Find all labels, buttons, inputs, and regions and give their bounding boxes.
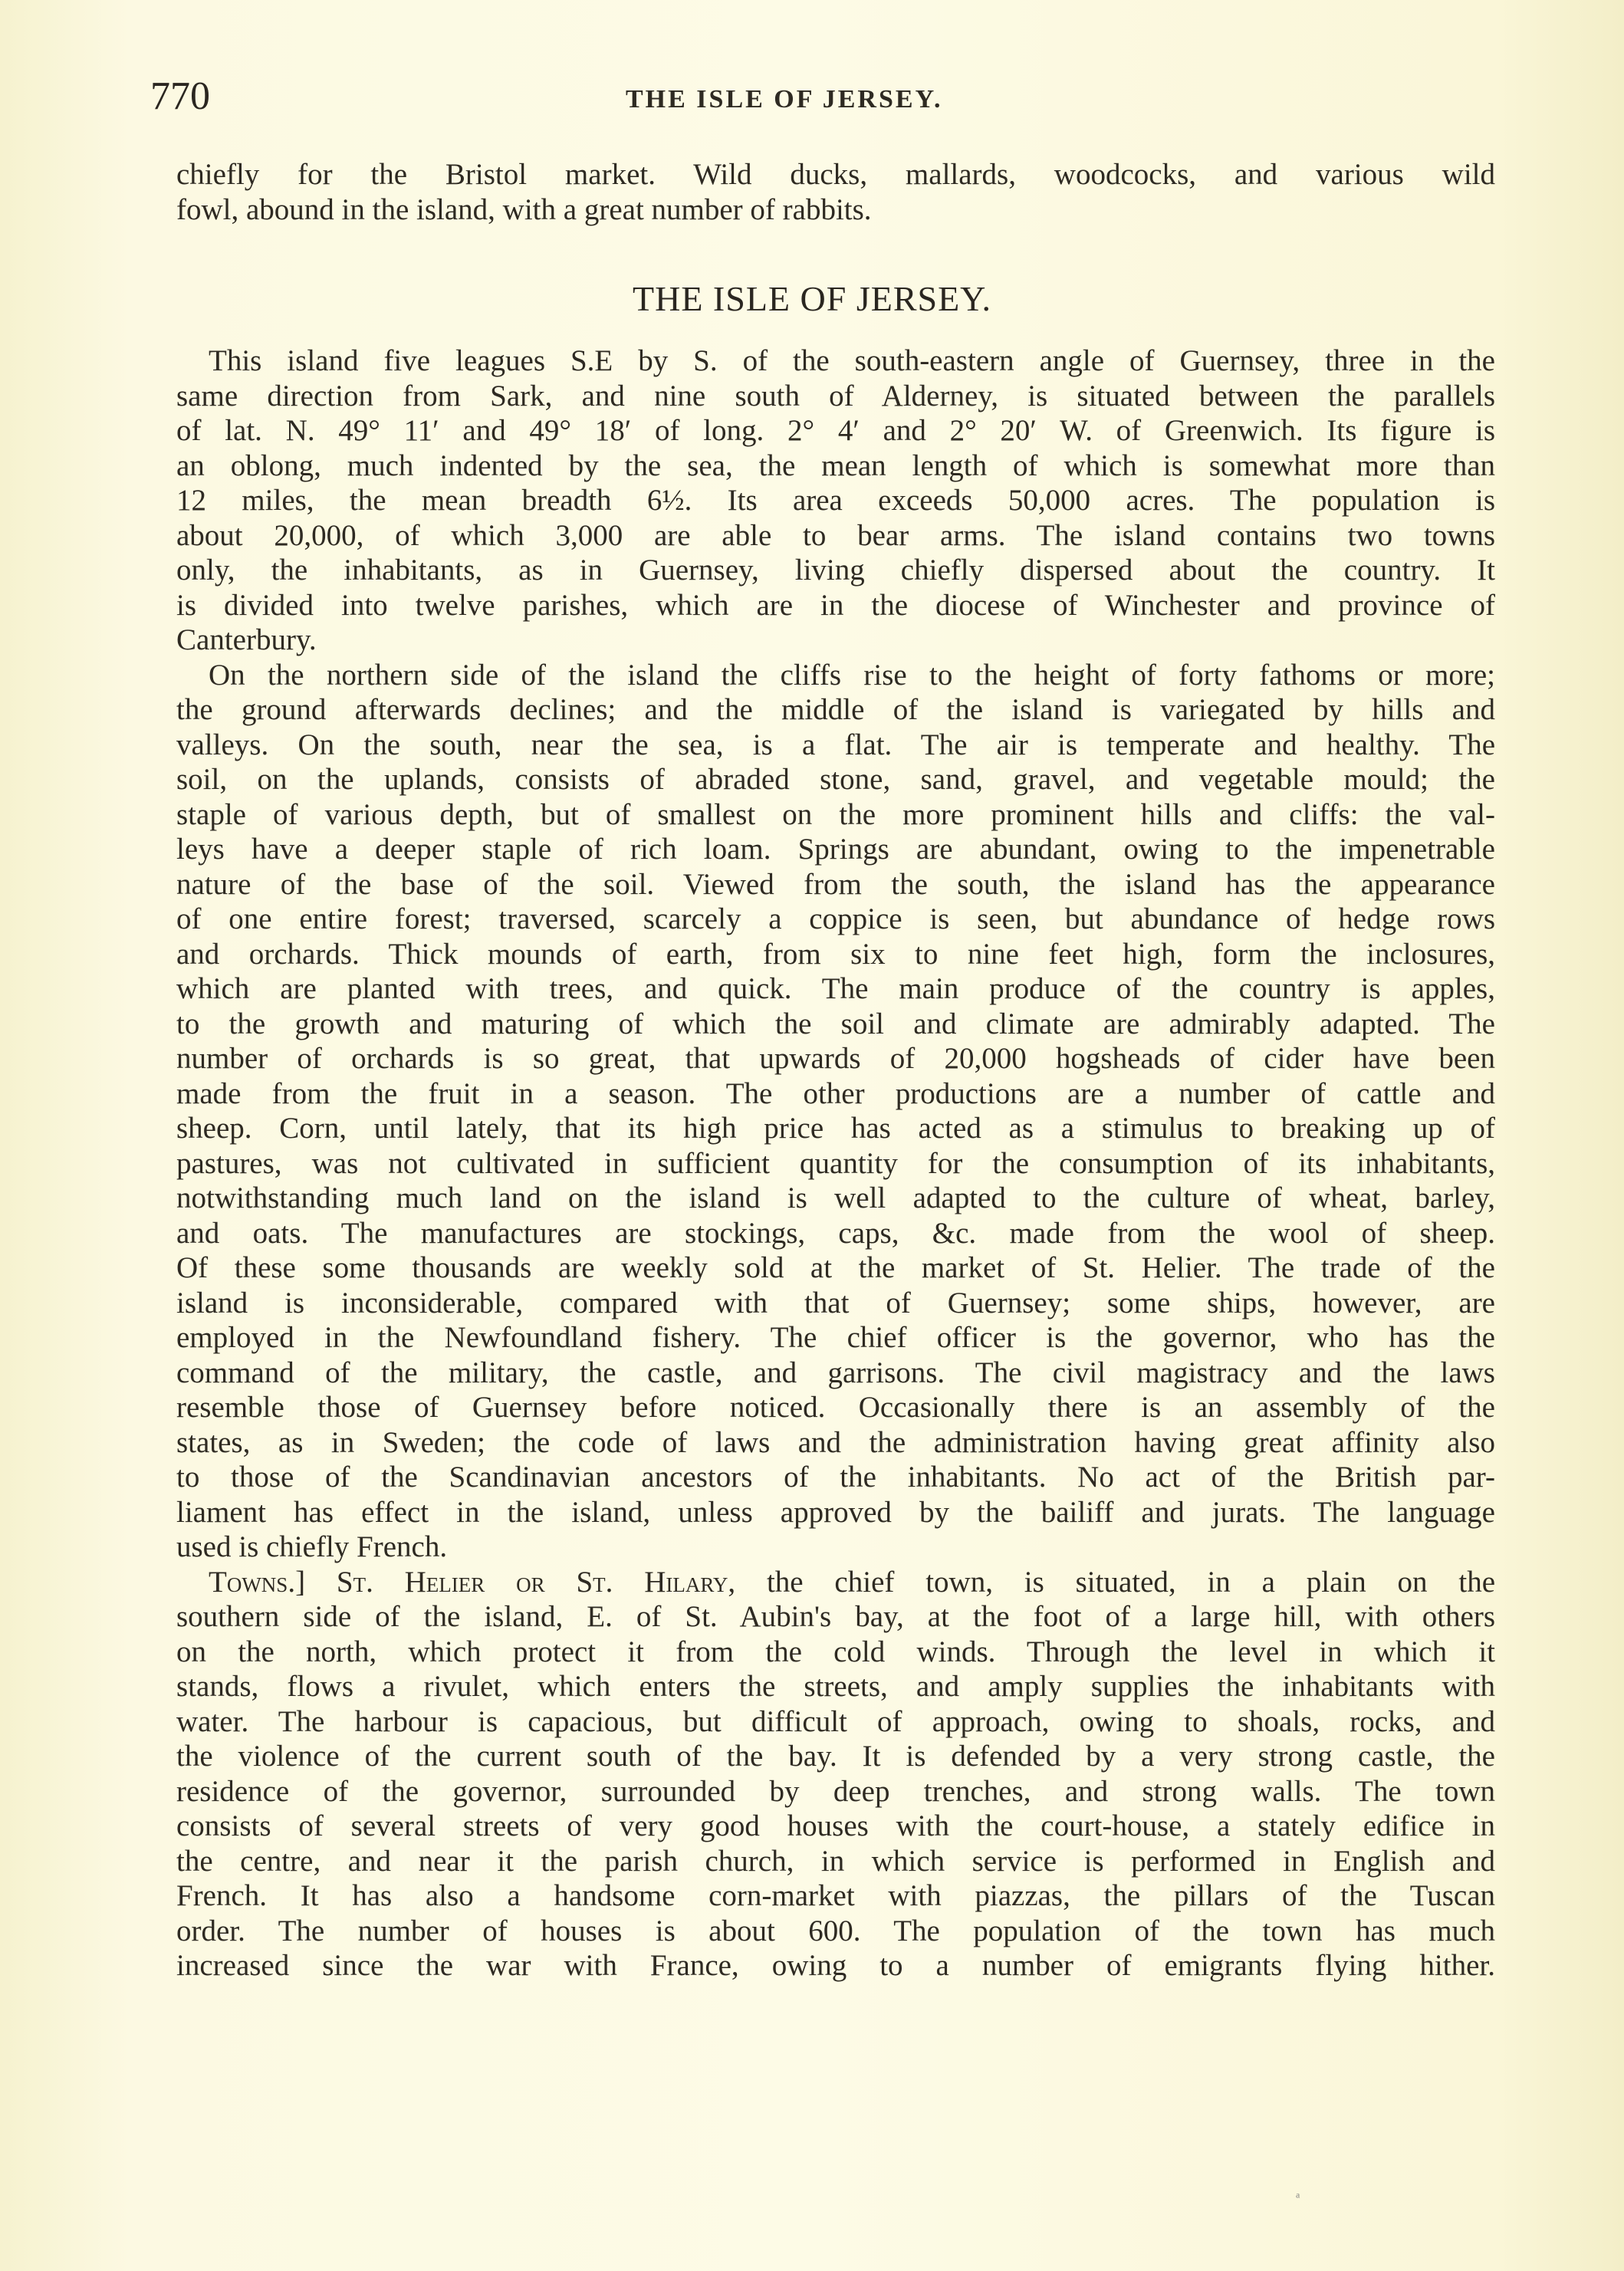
text-line: fowl, abound in the island, with a great… xyxy=(176,192,1495,228)
town-name-st-hilary: St. Hilary, xyxy=(576,1566,735,1599)
text-line: liament has effect in the island, unless… xyxy=(176,1495,1495,1530)
text-line: which are planted with trees, and quick.… xyxy=(176,971,1495,1007)
text-line: soil, on the uplands, consists of abrade… xyxy=(176,762,1495,797)
text-line: order. The number of houses is about 600… xyxy=(176,1914,1495,1949)
text-line: staple of various depth, but of smallest… xyxy=(176,797,1495,833)
text-line: This island five leagues S.E by S. of th… xyxy=(176,343,1495,379)
intro-paragraph: chiefly for the Bristol market. Wild duc… xyxy=(176,157,1495,227)
text-line: used is chiefly French. xyxy=(176,1530,1495,1565)
footer-mark: ᵃ xyxy=(1296,2189,1300,2207)
text-line: an oblong, much indented by the sea, the… xyxy=(176,449,1495,484)
text-line: notwithstanding much land on the island … xyxy=(176,1181,1495,1216)
text-line: Of these some thousands are weekly sold … xyxy=(176,1251,1495,1286)
text-line: resemble those of Guernsey before notice… xyxy=(176,1390,1495,1425)
town-name-st-helier: St. Helier xyxy=(337,1566,485,1599)
text-line: nature of the base of the soil. Viewed f… xyxy=(176,867,1495,902)
towns-or: or xyxy=(516,1566,545,1599)
page-number: 770 xyxy=(150,74,210,120)
text-line: number of orchards is so great, that upw… xyxy=(176,1041,1495,1076)
text-line: southern side of the island, E. of St. A… xyxy=(176,1599,1495,1635)
running-title: THE ISLE OF JERSEY. xyxy=(626,83,943,117)
text-line: the ground afterwards declines; and the … xyxy=(176,692,1495,728)
text-line: consists of several streets of very good… xyxy=(176,1809,1495,1844)
text-line: pastures, was not cultivated in sufficie… xyxy=(176,1146,1495,1182)
text-line: is divided into twelve parishes, which a… xyxy=(176,588,1495,623)
text-line: sheep. Corn, until lately, that its high… xyxy=(176,1111,1495,1146)
text-line: Canterbury. xyxy=(176,623,1495,658)
running-head: 770 THE ISLE OF JERSEY. xyxy=(150,74,1530,127)
section-heading: THE ISLE OF JERSEY. xyxy=(0,278,1624,320)
body-text: This island five leagues S.E by S. of th… xyxy=(176,343,1495,1983)
text-line: and orchards. Thick mounds of earth, fro… xyxy=(176,937,1495,972)
towns-first-rest: the chief town, is situated, in a plain … xyxy=(767,1566,1495,1599)
text-line: French. It has also a handsome corn-mark… xyxy=(176,1878,1495,1914)
text-line: water. The harbour is capacious, but dif… xyxy=(176,1704,1495,1740)
towns-first-line: Towns.] St. Helier or St. Hilary, the ch… xyxy=(176,1565,1495,1600)
text-line: command of the military, the castle, and… xyxy=(176,1356,1495,1391)
text-line: On the northern side of the island the c… xyxy=(176,658,1495,693)
text-line: the centre, and near it the parish churc… xyxy=(176,1844,1495,1879)
text-line: leys have a deeper staple of rich loam. … xyxy=(176,832,1495,867)
text-line: of lat. N. 49° 11′ and 49° 18′ of long. … xyxy=(176,413,1495,449)
text-line: and oats. The manufactures are stockings… xyxy=(176,1216,1495,1251)
text-line: only, the inhabitants, as in Guernsey, l… xyxy=(176,553,1495,588)
text-line: states, as in Sweden; the code of laws a… xyxy=(176,1425,1495,1461)
text-line: same direction from Sark, and nine south… xyxy=(176,379,1495,414)
text-line: stands, flows a rivulet, which enters th… xyxy=(176,1669,1495,1704)
text-line: valleys. On the south, near the sea, is … xyxy=(176,728,1495,763)
text-line: residence of the governor, surrounded by… xyxy=(176,1774,1495,1809)
towns-label: Towns.] xyxy=(209,1566,305,1599)
text-line: 12 miles, the mean breadth 6½. Its area … xyxy=(176,483,1495,518)
text-line: to those of the Scandinavian ancestors o… xyxy=(176,1460,1495,1495)
text-line: employed in the Newfoundland fishery. Th… xyxy=(176,1320,1495,1356)
text-line: island is inconsiderable, compared with … xyxy=(176,1286,1495,1321)
text-line: to the growth and maturing of which the … xyxy=(176,1007,1495,1042)
text-line: of one entire forest; traversed, scarcel… xyxy=(176,902,1495,937)
text-line: chiefly for the Bristol market. Wild duc… xyxy=(176,157,1495,192)
text-line: the violence of the current south of the… xyxy=(176,1739,1495,1774)
text-line: increased since the war with France, owi… xyxy=(176,1948,1495,1983)
text-line: about 20,000, of which 3,000 are able to… xyxy=(176,518,1495,554)
book-page: 770 THE ISLE OF JERSEY. chiefly for the … xyxy=(0,0,1624,2271)
text-line: made from the fruit in a season. The oth… xyxy=(176,1076,1495,1112)
text-line: on the north, which protect it from the … xyxy=(176,1635,1495,1670)
